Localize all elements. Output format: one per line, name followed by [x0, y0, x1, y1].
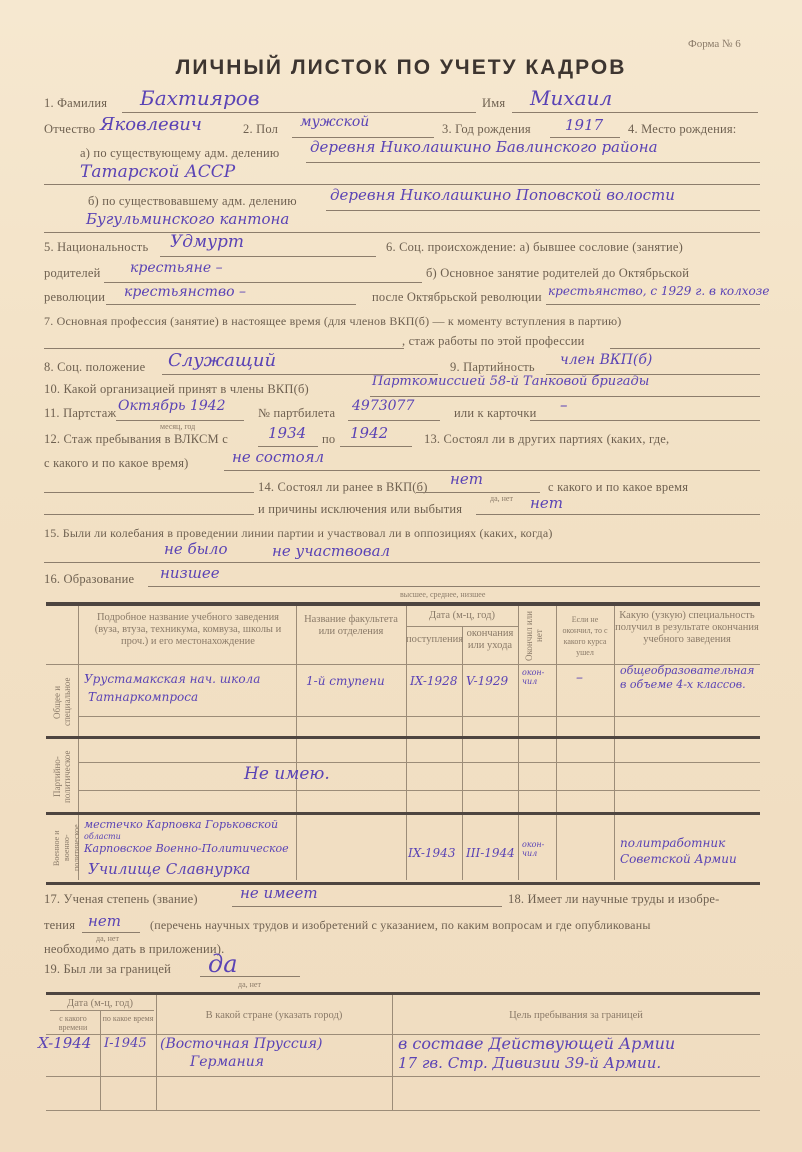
other-parties-label: 13. Состоял ли в других партиях (каких, …	[424, 432, 669, 447]
patronymic-label: Отчество	[44, 122, 95, 137]
other-parties-label-2: с какого и по какое время)	[44, 456, 189, 471]
profession-experience-label: , стаж работы по этой профессии	[402, 334, 585, 349]
party-card-value: 4973077	[352, 398, 414, 414]
after-revolution-label: после Октябрьской революции	[372, 290, 542, 305]
birthplace-current-line1: деревня Николашкино Бавлинского района	[310, 138, 658, 156]
komsomol-from-value: 1934	[268, 424, 306, 442]
col-abroad-date: Дата (м-ц, год)	[46, 998, 154, 1010]
degree-value: не имеет	[240, 884, 318, 902]
exclusion-value: нет	[530, 494, 563, 512]
birthplace-label: 4. Место рождения:	[628, 122, 736, 137]
col-abroad-to: по какое время	[100, 1014, 156, 1023]
komsomol-to-label: по	[322, 432, 335, 447]
social-status-value: Служащий	[168, 350, 276, 371]
prior-vkp-value: нет	[450, 470, 483, 488]
nationality-value: Удмурт	[170, 232, 244, 252]
degree-label: 17. Ученая степень (звание)	[44, 892, 198, 907]
abroad-hint: да, нет	[238, 980, 261, 989]
prior-vkp-time-label: с какого и по какое время	[548, 480, 688, 495]
works-note: (перечень научных трудов и изобретений с…	[150, 918, 651, 933]
or-card-label: или к карточки	[454, 406, 537, 421]
birthplace-current-line2: Татарской АССР	[80, 162, 235, 182]
prior-vkp-label: 14. Состоял ли ранее в ВКП(б)	[258, 480, 428, 495]
section-military-label: Военное и военно-политическое	[52, 818, 74, 878]
komsomol-label: 12. Стаж пребывания в ВЛКСМ с	[44, 432, 228, 447]
table-row: Не имею.	[244, 764, 330, 784]
section-general-label: Общее и специальное	[52, 668, 74, 736]
document-title: ЛИЧНЫЙ ЛИСТОК ПО УЧЕТУ КАДРОВ	[0, 56, 802, 80]
wavering-label: 15. Были ли колебания в проведении линии…	[44, 526, 553, 541]
birthplace-former-label: б) по существовавшему адм. делению	[88, 194, 297, 209]
admitted-by-label: 10. Какой организацией принят в члены ВК…	[44, 382, 309, 397]
admitted-by-value: Парткомиссией 58-й Танковой бригады	[372, 374, 649, 389]
col-institution: Подробное название учебного заведения (в…	[84, 612, 292, 648]
revolution-label: революции	[44, 290, 105, 305]
abroad-label: 19. Был ли за границей	[44, 962, 171, 977]
prior-vkp-hint: да, нет	[490, 494, 513, 503]
wavering-value-2: не участвовал	[272, 542, 390, 560]
exclusion-label: и причины исключения или выбытия	[258, 502, 462, 517]
after-revolution-value: крестьянство, с 1929 г. в колхозе	[548, 284, 769, 298]
section-party-political-label: Партийно-политическое	[52, 742, 74, 812]
col-abroad-country: В какой стране (указать город)	[156, 1010, 392, 1022]
party-since-value: Октябрь 1942	[118, 398, 226, 414]
parents-label: родителей	[44, 266, 100, 281]
profession-label: 7. Основная профессия (занятие) в настоя…	[44, 314, 622, 329]
works-value: нет	[88, 912, 121, 930]
wavering-value-1: не было	[164, 540, 227, 558]
col-specialty: Какую (узкую) специальность получил в ре…	[614, 610, 760, 646]
party-value: член ВКП(б)	[560, 352, 652, 368]
education-value: низшее	[160, 564, 220, 582]
personnel-record-sheet: Форма № 6 ЛИЧНЫЙ ЛИСТОК ПО УЧЕТУ КАДРОВ …	[0, 0, 802, 1152]
col-abroad-purpose: Цель пребывания за границей	[392, 1010, 760, 1022]
col-abroad-from: с какого времени	[46, 1014, 100, 1032]
before-revolution-value: крестьянство –	[124, 284, 246, 300]
other-parties-value: не состоял	[232, 448, 324, 466]
komsomol-to-value: 1942	[350, 424, 388, 442]
works-label: 18. Имеет ли научные труды и изобре-	[508, 892, 720, 907]
party-since-hint: месяц, год	[160, 422, 195, 431]
patronymic-value: Яковлевич	[100, 114, 202, 135]
or-card-value: –	[560, 396, 568, 414]
social-status-label: 8. Соц. положение	[44, 360, 145, 375]
birth-year-label: 3. Год рождения	[442, 122, 531, 137]
col-date-group: Дата (м-ц, год)	[406, 610, 518, 622]
col-faculty: Название факультета или отделения	[298, 614, 404, 638]
surname-value: Бахтияров	[140, 86, 259, 110]
col-course-left: Если не окончил, то с какого курса ушел	[556, 614, 614, 658]
party-label: 9. Партийность	[450, 360, 535, 375]
education-hint: высшее, среднее, низшее	[400, 590, 485, 599]
works-label-2: тения	[44, 918, 75, 933]
birthplace-former-line1: деревня Николашкино Поповской волости	[330, 186, 675, 204]
sex-label: 2. Пол	[243, 122, 278, 137]
birthplace-former-line2: Бугульминского кантона	[86, 210, 289, 228]
form-number: Форма № 6	[688, 38, 741, 50]
col-exit: окончания или ухода	[462, 628, 518, 652]
birthplace-current-label: а) по существующему адм. делению	[80, 146, 279, 161]
birth-year-value: 1917	[565, 116, 603, 134]
social-origin-label: 6. Соц. происхождение: а) бывшее сослови…	[386, 240, 683, 255]
col-completed: Окончил или нет	[524, 610, 552, 662]
works-note-2: необходимо дать в приложении).	[44, 942, 224, 957]
nationality-label: 5. Национальность	[44, 240, 148, 255]
party-card-label: № партбилета	[258, 406, 335, 421]
name-label: Имя	[482, 96, 505, 111]
surname-label: 1. Фамилия	[44, 96, 107, 111]
parents-occupation-label: б) Основное занятие родителей до Октябрь…	[426, 266, 689, 281]
abroad-value: да	[208, 950, 238, 978]
col-entry: поступления	[406, 634, 462, 646]
parents-estate-value: крестьяне –	[130, 260, 223, 276]
name-value: Михаил	[530, 86, 612, 110]
sex-value: мужской	[300, 114, 369, 130]
education-label: 16. Образование	[44, 572, 134, 587]
party-since-label: 11. Партстаж	[44, 406, 116, 421]
